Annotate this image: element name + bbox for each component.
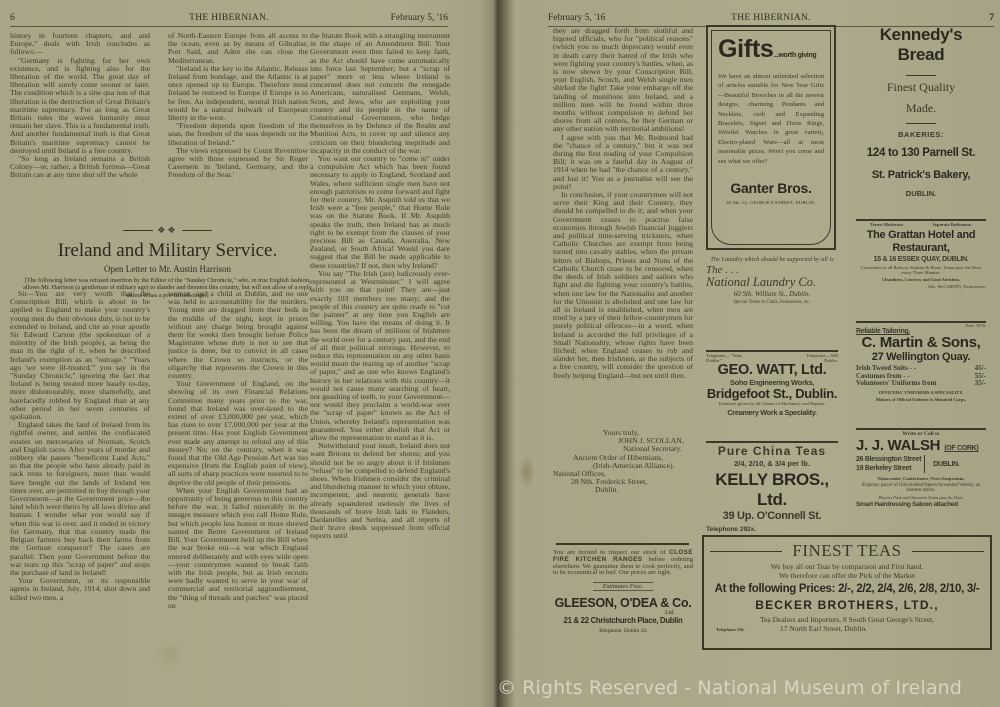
ad-kennedys-bread: Kennedy's Bread Finest Quality Made. BAK…	[856, 25, 986, 198]
ad-c-martin-sons: Estd. 1870. Reliable Tailoring. C. Marti…	[856, 323, 986, 402]
divider	[556, 543, 689, 545]
paper-stain	[155, 640, 185, 670]
column-2-top: of North-Eastern Europe from all access …	[168, 32, 308, 222]
masthead-title: THE HIBERNIAN.	[548, 13, 994, 23]
copyright-watermark: © Rights Reserved - National Museum of I…	[497, 677, 962, 699]
column-3: the Statute Book with a strangling instr…	[310, 32, 450, 667]
divider	[706, 350, 838, 352]
letter-continuation-column: they are dragged forth from slothful and…	[553, 27, 693, 429]
article-subtitle: Open Letter to Mr. Austin Harrison	[10, 264, 325, 274]
price-row: Volunteers' Uniforms from35/-	[856, 380, 986, 388]
article-title: Ireland and Military Service.	[10, 240, 325, 262]
ad-becker-brothers: FINEST TEAS We buy all our Teas by compa…	[702, 535, 992, 650]
ad-national-laundry: The Laundry which should be supported by…	[706, 256, 838, 305]
ad-geo-watt: Telegrams— "Watt, Dublin." Telephone— 68…	[706, 353, 838, 417]
divider	[706, 441, 838, 443]
ornament-divider: ❖❖	[10, 225, 325, 236]
ad-ganter-bros: Gifts...worth giving We have an almost u…	[706, 25, 836, 250]
page-7: February 5, '16 THE HIBERNIAN. 7 they ar…	[506, 0, 1000, 707]
letter-signature: Yours truly, JOHN J. SCOLLAN, National S…	[553, 429, 693, 495]
column-1-top: history in fourteen chapters, and and Eu…	[10, 32, 150, 222]
page-6: 6 THE HIBERNIAN. February 5, '16 history…	[0, 0, 490, 707]
divider	[906, 123, 936, 124]
divider	[856, 219, 986, 221]
ad-jj-walsh: Write or Call to J. J. WALSH (OF CORK) 2…	[856, 431, 986, 508]
masthead-title: THE HIBERNIAN.	[10, 13, 448, 23]
column-2-bottom: woman, and a child at Dublin, and no one…	[168, 290, 308, 667]
running-header-left: 6 THE HIBERNIAN. February 5, '16	[10, 13, 448, 27]
ad-kelly-bros: Pure China Teas 2/4, 2/10, & 3/4 per lb.…	[706, 444, 838, 533]
issue-date: February 5, '16	[391, 13, 448, 23]
newspaper-spread: 6 THE HIBERNIAN. February 5, '16 history…	[0, 0, 1000, 707]
divider	[856, 428, 986, 430]
divider	[906, 75, 936, 76]
column-1-bottom: Sir—You are very wroth that the Conscrip…	[10, 290, 150, 667]
ad-grattan-hotel: Terms Moderate. Separate Bedrooms. The G…	[856, 222, 986, 289]
paper-stain	[519, 455, 535, 489]
page-number: 7	[989, 13, 994, 23]
article-headline: ❖❖ Ireland and Military Service. Open Le…	[10, 225, 325, 299]
ad-gleeson-odea: You are invited to inspect our stock of …	[553, 550, 693, 634]
